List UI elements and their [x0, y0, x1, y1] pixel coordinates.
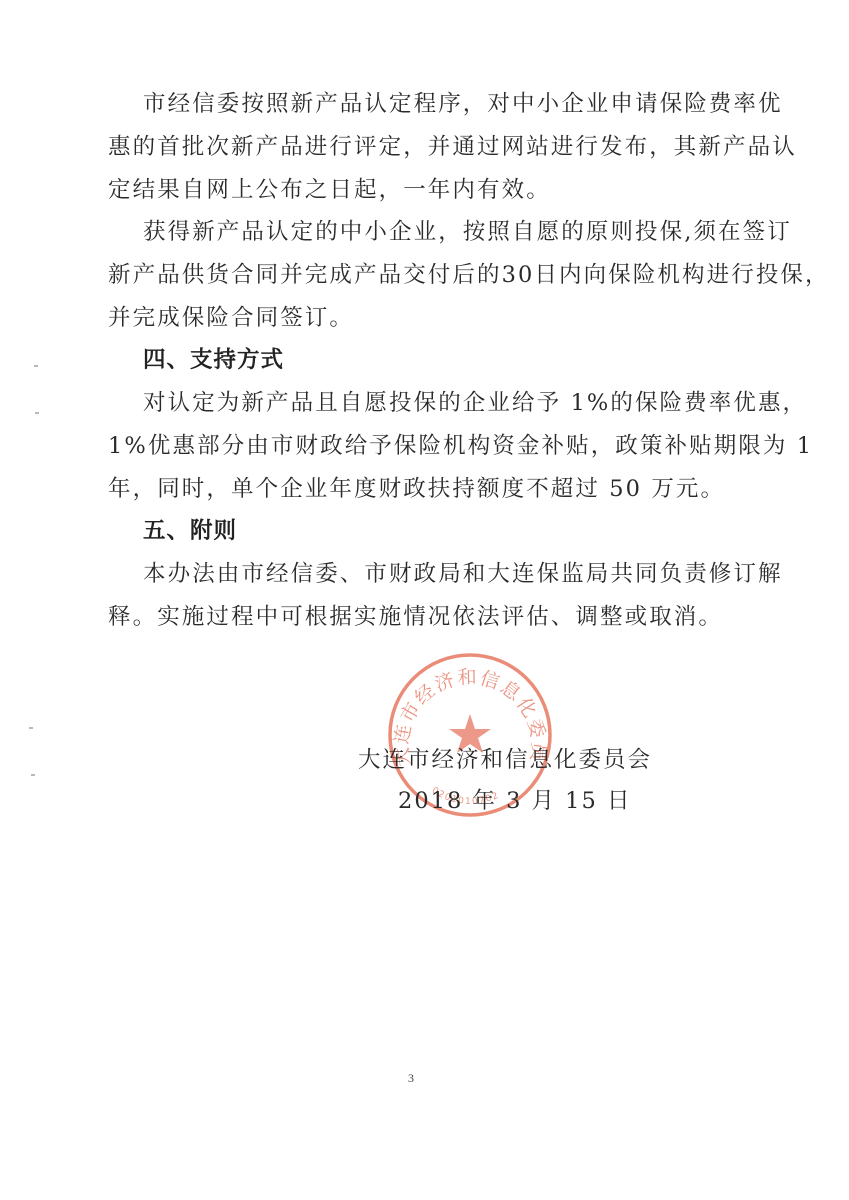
section-5-line-1: 本办法由市经信委、市财政局和大连保监局共同负责修订解 [143, 559, 783, 589]
section-5-line-2: 释。实施过程中可根据实施情况依法评估、调整或取消。 [108, 602, 723, 632]
document-page: 市经信委按照新产品认定程序，对中小企业申请保险费率优 惠的首批次新产品进行评定，… [0, 0, 849, 1200]
signing-organization: 大连市经济和信息化委员会 [358, 745, 652, 775]
scan-mark [29, 727, 33, 729]
signing-date: 2018 年 3 月 15 日 [398, 786, 631, 816]
paragraph-2-line-3: 并完成保险合同签订。 [108, 303, 354, 333]
paragraph-1-line-1: 市经信委按照新产品认定程序，对中小企业申请保险费率优 [143, 89, 783, 119]
scan-mark [31, 774, 35, 776]
section-4-line-3: 年，同时，单个企业年度财政扶持额度不超过 50 万元。 [108, 474, 725, 504]
paragraph-1-line-2: 惠的首批次新产品进行评定，并通过网站进行发布，其新产品认 [108, 132, 797, 162]
paragraph-1-line-3: 定结果自网上公布之日起，一年内有效。 [108, 175, 551, 205]
scan-mark [35, 412, 39, 414]
paragraph-2-line-1: 获得新产品认定的中小企业，按照自愿的原则投保,须在签订 [143, 217, 792, 247]
scan-mark [34, 365, 38, 367]
section-4-line-1: 对认定为新产品且自愿投保的企业给予 1%的保险费率优惠， [143, 388, 807, 418]
paragraph-2-line-2: 新产品供货合同并完成产品交付后的30日内向保险机构进行投保， [108, 260, 830, 290]
page-number: 3 [408, 1071, 414, 1086]
section-4-heading: 四、支持方式 [143, 345, 284, 375]
section-4-line-2: 1%优惠部分由市财政给予保险机构资金补贴，政策补贴期限为 1 [108, 431, 813, 461]
section-5-heading: 五、附则 [143, 516, 237, 546]
